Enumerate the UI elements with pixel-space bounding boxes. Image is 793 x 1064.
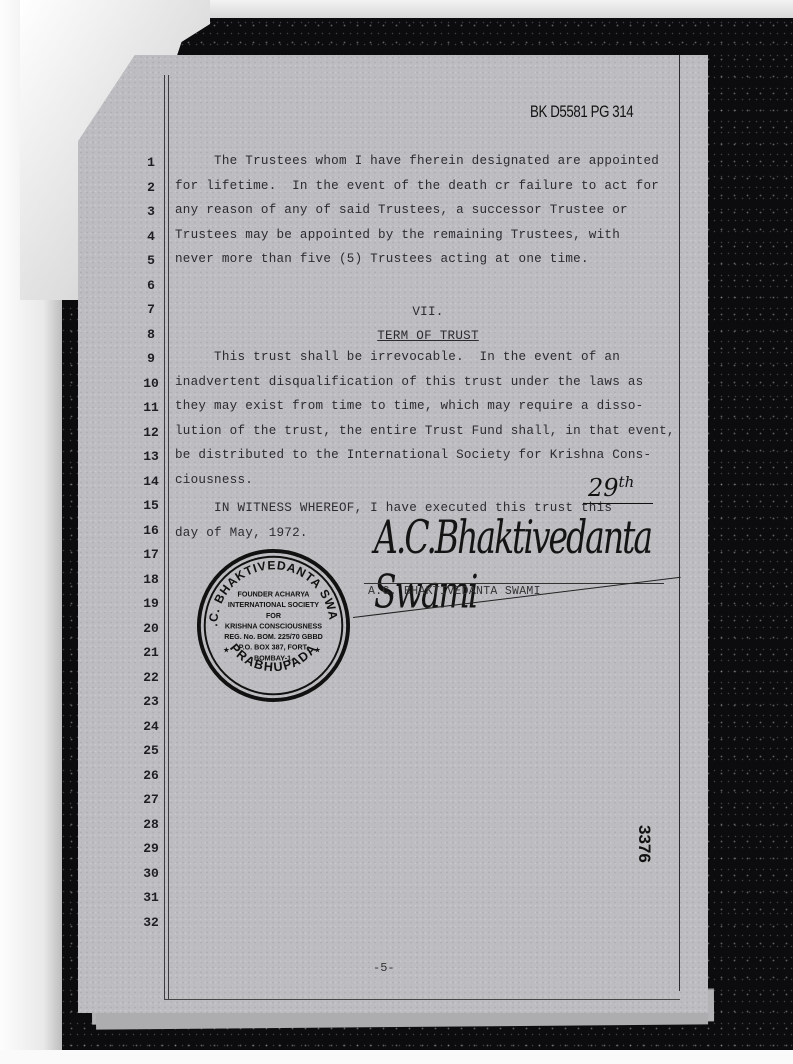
seal-inner-line: P.O. BOX 387, FORT, — [239, 644, 308, 652]
text-line: never more than five (5) Trustees acting… — [175, 252, 589, 266]
star-icon: ★ — [223, 645, 230, 657]
line-number: 12 — [138, 425, 164, 440]
line-number: 22 — [138, 670, 164, 685]
line-number: 2 — [138, 180, 164, 195]
line-number: 11 — [138, 400, 164, 415]
seal-inner-line: INTERNATIONAL SOCIETY — [228, 601, 319, 609]
line-number: 18 — [138, 572, 164, 587]
line-number: 10 — [138, 376, 164, 391]
text-line: ciousness. — [175, 473, 253, 487]
seal-inner-line: REG. No. BOM. 225/70 GBBD — [224, 633, 323, 641]
line-number: 19 — [138, 596, 164, 611]
text-line: This trust shall be irrevocable. In the … — [175, 350, 620, 364]
line-number: 27 — [138, 792, 164, 807]
line-number: 3 — [138, 204, 164, 219]
line-number: 28 — [138, 817, 164, 832]
line-number: 25 — [138, 743, 164, 758]
line-number: 20 — [138, 621, 164, 636]
vertical-document-number: 3376 — [634, 825, 654, 863]
text-line: any reason of any of said Trustees, a su… — [175, 203, 628, 217]
signature: A.C.Bhaktivedanta Swami — [374, 509, 708, 618]
seal-inner-line: BOMBAY-1. — [254, 654, 293, 662]
star-icon: ★ — [314, 645, 321, 657]
text-line: be distributed to the International Soci… — [175, 448, 651, 462]
seal-inner-line: KRISHNA CONSCIOUSNESS — [225, 622, 322, 630]
line-number: 13 — [138, 449, 164, 464]
line-number: 24 — [138, 719, 164, 734]
line-number: 30 — [138, 866, 164, 881]
text-line: for lifetime. In the event of the death … — [175, 179, 659, 193]
line-number: 32 — [138, 915, 164, 930]
handwritten-day: 29 — [588, 474, 619, 502]
line-number: 5 — [138, 253, 164, 268]
seal-inner-line: FOUNDER ACHARYA — [238, 590, 310, 598]
left-margin-rule — [164, 75, 169, 999]
text-line: they may exist from time to time, which … — [175, 399, 643, 413]
date-line: day of May, 1972. — [175, 526, 308, 540]
section-title: TERM OF TRUST — [78, 329, 778, 343]
text-line: lution of the trust, the entire Trust Fu… — [175, 424, 675, 438]
text-line: inadvertent disqualification of this tru… — [175, 375, 643, 389]
line-number: 21 — [138, 645, 164, 660]
line-number: 23 — [138, 694, 164, 709]
line-number: 26 — [138, 768, 164, 783]
line-number: 31 — [138, 890, 164, 905]
page-folio: -5- — [373, 961, 395, 975]
handwritten-day-suffix: th — [619, 473, 635, 491]
line-number: 15 — [138, 498, 164, 513]
line-number: 1 — [138, 155, 164, 170]
line-number: 9 — [138, 351, 164, 366]
bottom-rule — [164, 999, 680, 1000]
line-number: 16 — [138, 523, 164, 538]
text-line: The Trustees whom I have fherein designa… — [175, 154, 659, 168]
document-page: BK D5581 PG 314 123456789101112131415161… — [78, 55, 708, 1013]
official-seal-stamp: A.C. BHAKTIVEDANTA SWAMI PRABHUPADA FOUN… — [196, 548, 351, 703]
line-number: 29 — [138, 841, 164, 856]
line-number: 17 — [138, 547, 164, 562]
seal-inner-line: FOR — [266, 612, 282, 620]
text-line: Trustees may be appointed by the remaini… — [175, 228, 620, 242]
section-number: VII. — [78, 305, 778, 319]
line-number: 4 — [138, 229, 164, 244]
handwritten-date: 29th — [588, 473, 634, 502]
line-number: 6 — [138, 278, 164, 293]
scanner-bottom-edge — [0, 1050, 793, 1064]
line-number: 14 — [138, 474, 164, 489]
date-underline — [583, 503, 653, 504]
book-page-reference: BK D5581 PG 314 — [530, 102, 633, 122]
